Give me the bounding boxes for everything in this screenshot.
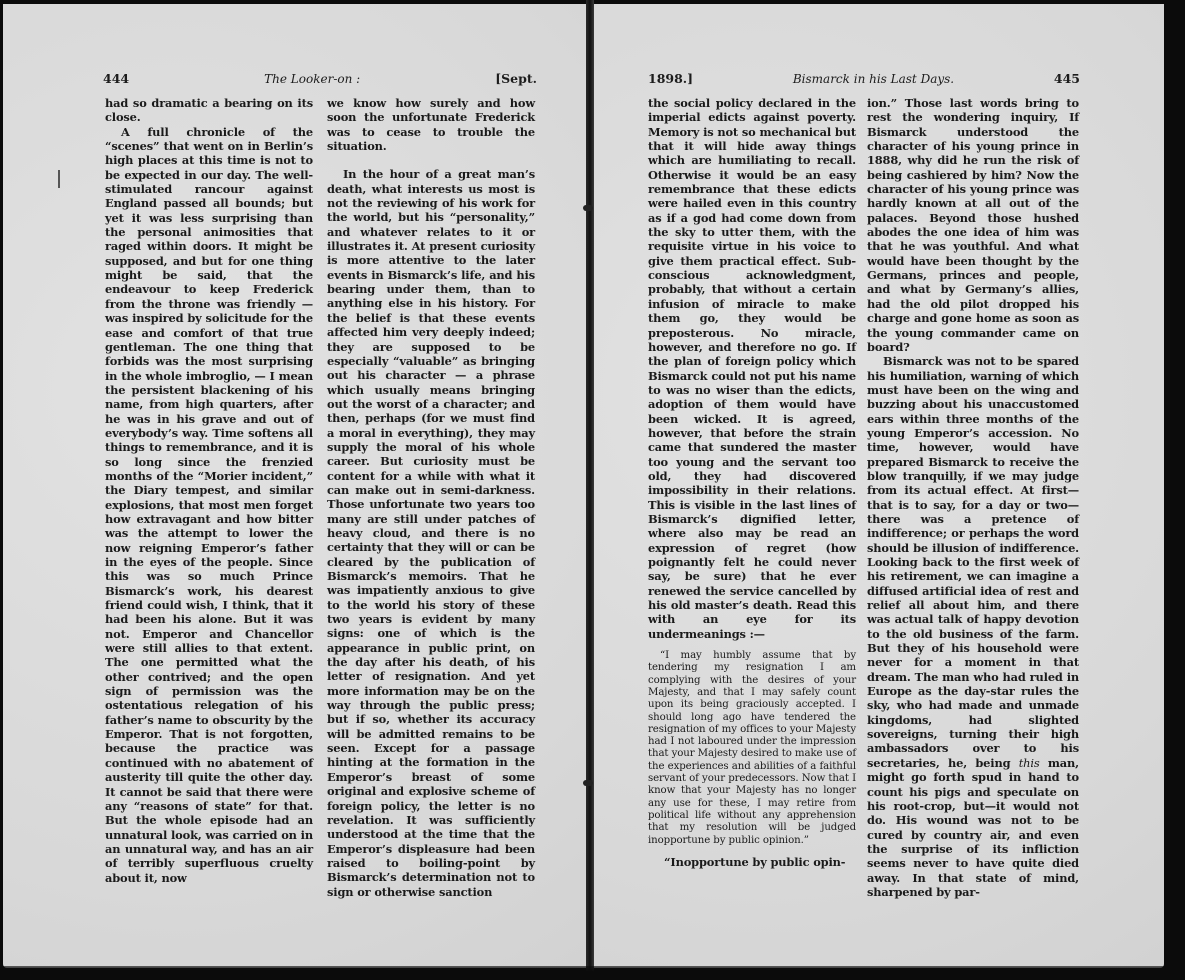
paragraph: “Inopportune by public opin- bbox=[648, 855, 856, 869]
page-number: 444 bbox=[103, 71, 129, 86]
left-running-head: 444 The Looker-on : [Sept. bbox=[103, 71, 537, 89]
text-column-3: the social policy declared in the imperi… bbox=[648, 96, 856, 869]
right-running-head: 1898.] Bismarck in his Last Days. 445 bbox=[648, 71, 1080, 89]
paragraph: In the hour of a great man’s death, what… bbox=[327, 167, 535, 899]
spine-binding-mark bbox=[583, 780, 593, 786]
running-title: The Looker-on : bbox=[264, 72, 360, 86]
scan-bottom-edge bbox=[0, 966, 1185, 980]
paragraph: Bismarck was not to be spared his humili… bbox=[867, 354, 1079, 899]
scan-artifact bbox=[58, 170, 60, 188]
spine-binding-mark bbox=[583, 205, 593, 211]
text-column-1: had so dramatic a bearing on its close. … bbox=[105, 96, 313, 885]
running-date: [Sept. bbox=[495, 71, 537, 86]
paragraph: ion.” Those last words bring to rest the… bbox=[867, 96, 1079, 354]
book-spine bbox=[586, 0, 594, 975]
paragraph-text: Bismarck was not to be spared his humili… bbox=[867, 354, 1079, 770]
text-column-4: ion.” Those last words bring to rest the… bbox=[867, 96, 1079, 899]
paragraph: A full chronicle of the “scenes” that we… bbox=[105, 125, 313, 885]
paragraph: we know how surely and how soon the unfo… bbox=[327, 96, 535, 153]
running-date: 1898.] bbox=[648, 71, 693, 86]
paragraph: the social policy declared in the imperi… bbox=[648, 96, 856, 641]
block-quote: “I may humbly assume that by tendering m… bbox=[648, 650, 856, 847]
paragraph: had so dramatic a bearing on its close. bbox=[105, 96, 313, 125]
text-column-2: we know how surely and how soon the unfo… bbox=[327, 96, 535, 899]
paragraph-text: man, might go forth spud in hand to coun… bbox=[867, 756, 1079, 899]
page-number: 445 bbox=[1054, 71, 1080, 86]
italic-word: this bbox=[1019, 756, 1040, 770]
book-spread: 444 The Looker-on : [Sept. 1898.] Bismar… bbox=[0, 0, 1185, 980]
running-title: Bismarck in his Last Days. bbox=[793, 72, 954, 86]
